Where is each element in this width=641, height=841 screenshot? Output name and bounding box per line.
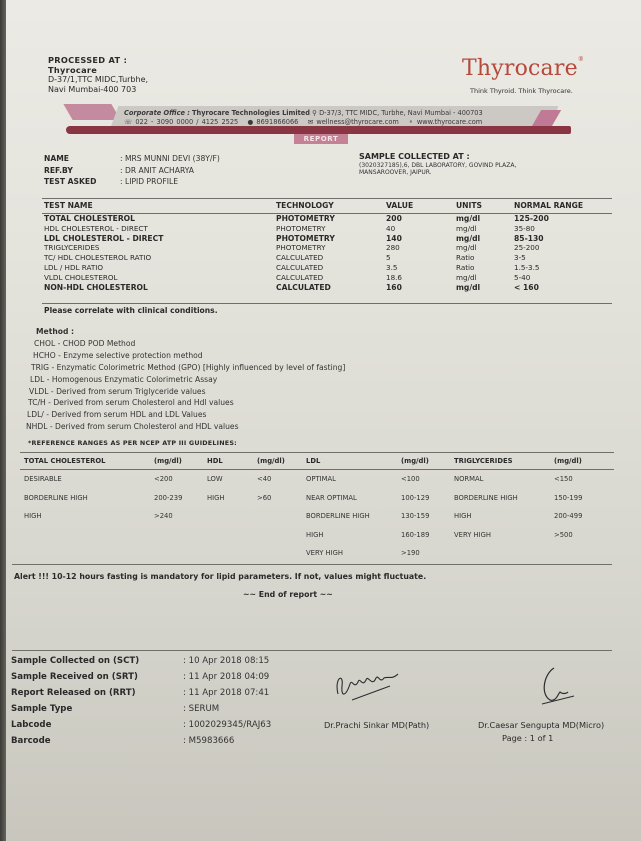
- reference-cell: 200-239: [154, 494, 182, 502]
- result-units: mg/dl: [456, 243, 477, 252]
- processed-at-label: PROCESSED AT :: [48, 55, 148, 65]
- banner-decor-left: [63, 104, 120, 120]
- header-technology: TECHNOLOGY: [276, 201, 334, 210]
- patient-name: : MRS MUNNI DEVI (38Y/F): [120, 154, 220, 163]
- result-normal-range: 85-130: [514, 234, 544, 243]
- website-link[interactable]: www.thyrocare.com: [417, 118, 482, 126]
- corporate-label: Corporate Office :: [124, 109, 190, 117]
- sample-detail-row: Barcode: M5983666: [11, 734, 271, 750]
- result-normal-range: 35-80: [514, 224, 535, 233]
- end-of-report: ~~ End of report ~~: [243, 590, 333, 599]
- brand-tagline: Think Thyroid. Think Thyrocare.: [470, 87, 573, 95]
- contact-line: ☏ 022 - 3090 0000 / 4125 2525 ● 86918660…: [124, 118, 482, 126]
- result-normal-range: 125-200: [514, 214, 549, 223]
- method-line: HCHO - Enzyme selective protection metho…: [33, 350, 345, 362]
- result-value: 280: [386, 243, 400, 252]
- result-value: 200: [386, 214, 402, 223]
- processed-at-address1: D-37/1,TTC MIDC,Turbhe,: [48, 75, 148, 85]
- correlate-note: Please correlate with clinical condition…: [44, 306, 218, 315]
- sample-detail-label: Report Released on (RRT): [11, 686, 183, 702]
- result-units: Ratio: [456, 263, 474, 272]
- page-number: Page : 1 of 1: [502, 733, 553, 743]
- doctor-microbiologist: Dr.Caesar Sengupta MD(Micro): [478, 720, 604, 730]
- location-pin-icon: ⚲: [312, 109, 317, 117]
- globe-icon: ⚬: [408, 118, 414, 126]
- sample-detail-label: Barcode: [11, 734, 183, 750]
- result-technology: CALCULATED: [276, 263, 323, 272]
- result-technology: CALCULATED: [276, 253, 323, 262]
- processed-at-address2: Navi Mumbai-400 703: [48, 85, 148, 95]
- divider: [42, 303, 612, 304]
- processed-at-lab: Thyrocare: [48, 65, 148, 75]
- reference-cell: HIGH: [454, 512, 472, 520]
- sample-detail-row: Sample Collected on (SCT): 10 Apr 2018 0…: [11, 654, 271, 670]
- method-lines: CHOL - CHOD POD MethodHCHO - Enzyme sele…: [34, 338, 345, 433]
- result-value: 5: [386, 253, 391, 262]
- reference-cell: LOW: [207, 475, 223, 483]
- sample-detail-value: : 1002029345/RAJ63: [183, 720, 271, 730]
- header-value: VALUE: [386, 201, 413, 210]
- reference-header-cell: TRIGLYCERIDES: [454, 457, 513, 465]
- sample-detail-row: Sample Received on (SRT): 11 Apr 2018 04…: [11, 670, 271, 686]
- method-line: TRIG - Enzymatic Colorimetric Method (GP…: [31, 362, 345, 374]
- reference-cell: VERY HIGH: [454, 531, 491, 539]
- reference-cell: 200-499: [554, 512, 582, 520]
- sample-collected-at-line1: (3020327185),6, DBL LABORATORY, GOVIND P…: [359, 162, 599, 169]
- sample-collected-at-label: SAMPLE COLLECTED AT :: [359, 152, 599, 162]
- reference-cell: VERY HIGH: [306, 549, 343, 557]
- result-test-name: LDL / HDL RATIO: [44, 263, 103, 272]
- result-test-name: HDL CHOLESTEROL - DIRECT: [44, 224, 148, 233]
- reference-header-cell: (mg/dl): [554, 457, 582, 465]
- result-test-name: TRIGLYCERIDES: [44, 243, 99, 252]
- result-normal-range: 1.5-3.5: [514, 263, 539, 272]
- ref-by-label: REF.BY: [44, 165, 120, 177]
- result-value: 18.6: [386, 273, 402, 282]
- sample-detail-label: Sample Received on (SRT): [11, 670, 183, 686]
- report-tab: REPORT: [294, 134, 348, 144]
- corporate-banner: Corporate Office : Thyrocare Technologie…: [66, 106, 576, 142]
- phone-number: 022 - 3090 0000 / 4125 2525: [135, 118, 238, 126]
- processed-at-block: PROCESSED AT : Thyrocare D-37/1,TTC MIDC…: [48, 55, 148, 95]
- divider: [42, 213, 612, 214]
- result-normal-range: 3-5: [514, 253, 526, 262]
- sample-collected-at: SAMPLE COLLECTED AT : (3020327185),6, DB…: [359, 152, 599, 176]
- reference-cell: 160-189: [401, 531, 429, 539]
- patient-info: NAME: MRS MUNNI DEVI (38Y/F) REF.BY: DR …: [44, 153, 220, 188]
- logo-text: Thyrocare: [462, 56, 578, 81]
- whatsapp-number: 8691866066: [256, 118, 298, 126]
- method-line: CHOL - CHOD POD Method: [34, 338, 345, 350]
- mail-icon: ✉: [308, 118, 314, 126]
- result-units: mg/dl: [456, 234, 480, 243]
- method-line: LDL/ - Derived from serum HDL and LDL Va…: [27, 409, 345, 421]
- result-units: mg/dl: [456, 273, 477, 282]
- result-technology: PHOTOMETRY: [276, 214, 335, 223]
- result-technology: PHOTOMETRY: [276, 243, 326, 252]
- sample-detail-label: Sample Type: [11, 702, 183, 718]
- result-normal-range: 5-40: [514, 273, 530, 282]
- referring-doctor: : DR ANIT ACHARYA: [120, 166, 194, 175]
- phone-icon: ☏: [124, 118, 132, 126]
- divider: [12, 650, 612, 651]
- reference-header-cell: LDL: [306, 457, 320, 465]
- reference-cell: >60: [257, 494, 271, 502]
- reference-header-cell: (mg/dl): [154, 457, 182, 465]
- reference-header-cell: TOTAL CHOLESTEROL: [24, 457, 105, 465]
- sample-detail-row: Report Released on (RRT): 11 Apr 2018 07…: [11, 686, 271, 702]
- signature-prachi-sinkar: [332, 668, 402, 708]
- reference-cell: HIGH: [306, 531, 324, 539]
- result-units: mg/dl: [456, 283, 480, 292]
- reference-cell: >240: [154, 512, 173, 520]
- name-label: NAME: [44, 153, 120, 165]
- sample-collected-at-line2: MANSAROOVER, JAIPUR.: [359, 169, 599, 176]
- divider: [42, 198, 612, 199]
- test-asked-label: TEST ASKED: [44, 176, 120, 188]
- method-line: VLDL - Derived from serum Triglyceride v…: [29, 386, 345, 398]
- divider: [12, 564, 612, 565]
- result-value: 160: [386, 283, 402, 292]
- reference-cell: OPTIMAL: [306, 475, 336, 483]
- signature-caesar-sengupta: [536, 664, 586, 712]
- reference-cell: <150: [554, 475, 573, 483]
- result-test-name: LDL CHOLESTEROL - DIRECT: [44, 234, 163, 243]
- corporate-name: Thyrocare Technologies Limited: [192, 109, 310, 117]
- corporate-office-line: Corporate Office : Thyrocare Technologie…: [124, 109, 483, 117]
- result-test-name: TC/ HDL CHOLESTEROL RATIO: [44, 253, 151, 262]
- reference-cell: HIGH: [24, 512, 42, 520]
- result-value: 140: [386, 234, 402, 243]
- test-asked: : LIPID PROFILE: [120, 177, 178, 186]
- header-units: UNITS: [456, 201, 482, 210]
- email-link[interactable]: wellness@thyrocare.com: [316, 118, 399, 126]
- reference-cell: BORDERLINE HIGH: [306, 512, 370, 520]
- result-technology: PHOTOMETRY: [276, 234, 335, 243]
- method-line: LDL - Homogenous Enzymatic Colorimetric …: [30, 374, 345, 386]
- reference-header-cell: HDL: [207, 457, 223, 465]
- divider: [20, 452, 614, 453]
- header-test-name: TEST NAME: [44, 201, 93, 210]
- doctor-pathologist: Dr.Prachi Sinkar MD(Path): [324, 720, 429, 730]
- sample-detail-value: : 11 Apr 2018 07:41: [183, 688, 269, 698]
- result-units: mg/dl: [456, 214, 480, 223]
- report-page: PROCESSED AT : Thyrocare D-37/1,TTC MIDC…: [6, 0, 641, 841]
- result-normal-range: 25-200: [514, 243, 539, 252]
- sample-detail-label: Labcode: [11, 718, 183, 734]
- sample-details: Sample Collected on (SCT): 10 Apr 2018 0…: [11, 654, 271, 749]
- result-test-name: NON-HDL CHOLESTEROL: [44, 283, 148, 292]
- result-test-name: VLDL CHOLESTEROL: [44, 273, 118, 282]
- reference-cell: <40: [257, 475, 271, 483]
- reference-cell: >190: [401, 549, 420, 557]
- method-line: TC/H - Derived from serum Cholesterol an…: [28, 397, 345, 409]
- reference-header-cell: (mg/dl): [257, 457, 285, 465]
- result-technology: CALCULATED: [276, 273, 323, 282]
- result-technology: PHOTOMETRY: [276, 224, 326, 233]
- result-normal-range: < 160: [514, 283, 539, 292]
- reference-cell: NEAR OPTIMAL: [306, 494, 357, 502]
- method-title: Method :: [36, 326, 345, 338]
- sample-detail-value: : 11 Apr 2018 04:09: [183, 672, 269, 682]
- reference-cell: 130-159: [401, 512, 429, 520]
- reference-cell: <200: [154, 475, 173, 483]
- result-value: 3.5: [386, 263, 397, 272]
- sample-detail-value: : 10 Apr 2018 08:15: [183, 656, 269, 666]
- result-units: mg/dl: [456, 224, 477, 233]
- sample-detail-row: Sample Type: SERUM: [11, 702, 271, 718]
- brand-logo: Thyrocare®: [462, 56, 584, 81]
- header-normal-range: NORMAL RANGE: [514, 201, 583, 210]
- divider: [20, 469, 614, 470]
- corporate-address: D-37/3, TTC MIDC, Turbhe, Navi Mumbai - …: [319, 109, 483, 117]
- banner-bar: [66, 126, 571, 134]
- reference-cell: BORDERLINE HIGH: [24, 494, 88, 502]
- reference-cell: DESIRABLE: [24, 475, 62, 483]
- reference-cell: BORDERLINE HIGH: [454, 494, 518, 502]
- sample-detail-label: Sample Collected on (SCT): [11, 654, 183, 670]
- registered-mark: ®: [578, 56, 584, 63]
- reference-cell: HIGH: [207, 494, 225, 502]
- reference-cell: 100-129: [401, 494, 429, 502]
- fasting-alert: Alert !!! 10-12 hours fasting is mandato…: [14, 572, 426, 581]
- method-section: Method : CHOL - CHOD POD MethodHCHO - En…: [34, 326, 345, 433]
- sample-detail-value: : SERUM: [183, 704, 219, 714]
- reference-cell: <100: [401, 475, 420, 483]
- sample-detail-value: : M5983666: [183, 736, 234, 746]
- result-units: Ratio: [456, 253, 474, 262]
- reference-cell: 150-199: [554, 494, 582, 502]
- reference-title: *REFERENCE RANGES AS PER NCEP ATP III GU…: [28, 439, 237, 447]
- result-value: 40: [386, 224, 395, 233]
- result-test-name: TOTAL CHOLESTEROL: [44, 214, 135, 223]
- result-technology: CALCULATED: [276, 283, 331, 292]
- whatsapp-icon: ●: [248, 118, 254, 126]
- sample-detail-row: Labcode: 1002029345/RAJ63: [11, 718, 271, 734]
- reference-cell: NORMAL: [454, 475, 483, 483]
- method-line: NHDL - Derived from serum Cholesterol an…: [26, 421, 345, 433]
- reference-cell: >500: [554, 531, 573, 539]
- reference-header-cell: (mg/dl): [401, 457, 429, 465]
